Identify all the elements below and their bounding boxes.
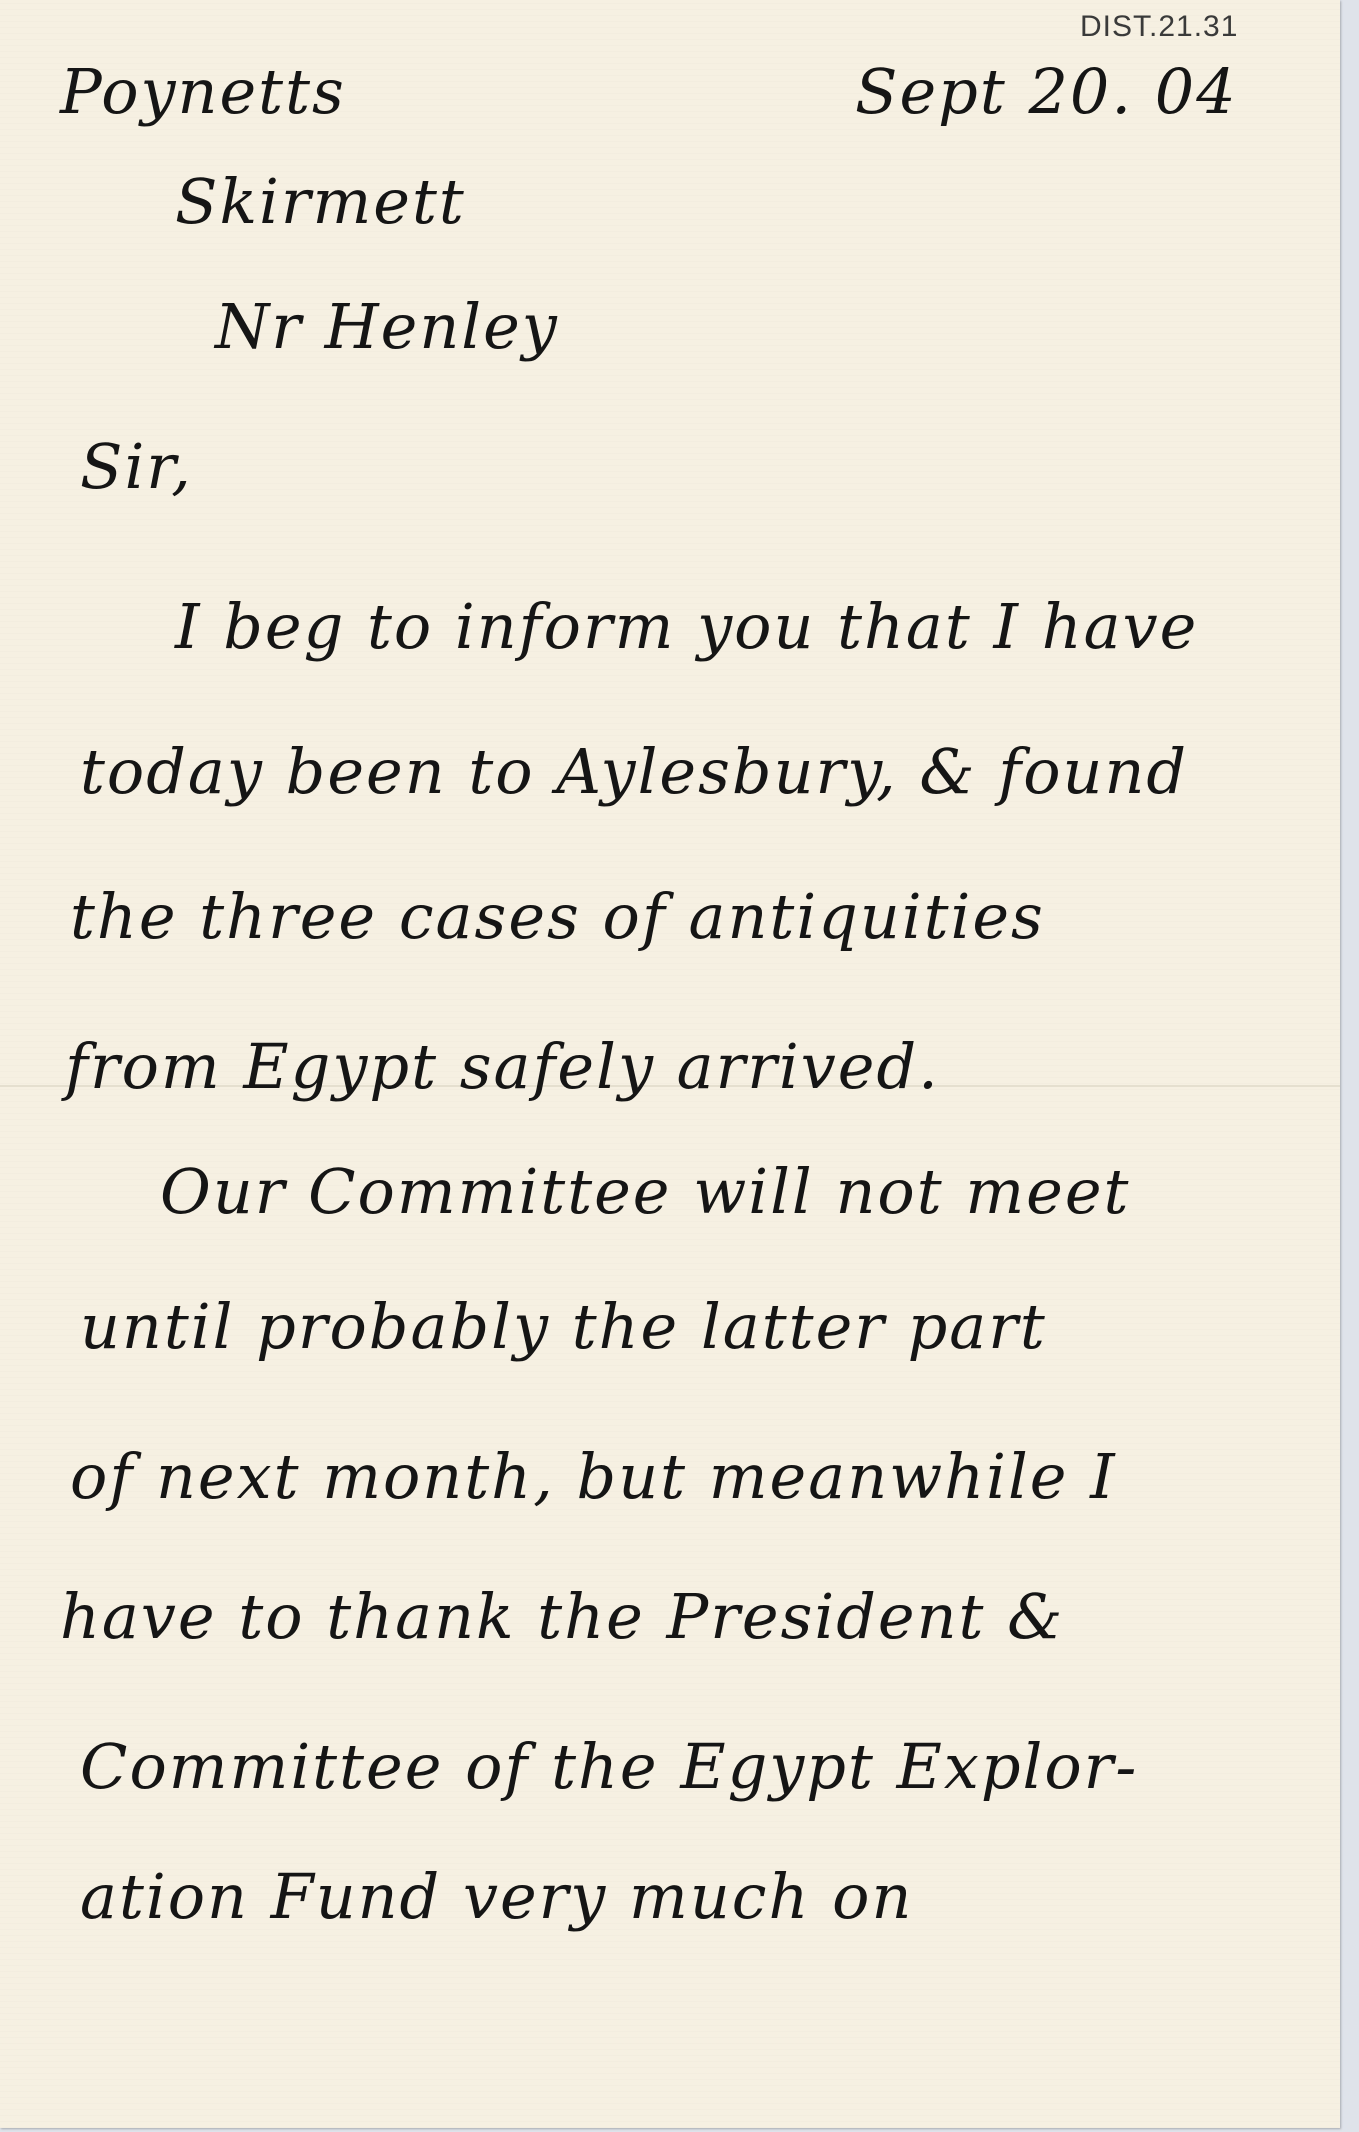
body-line: Committee of the Egypt Explor- (80, 1730, 1138, 1803)
body-line: the three cases of antiquities (70, 880, 1045, 953)
body-line: Our Committee will not meet (160, 1155, 1130, 1228)
address-line-3: Nr Henley (215, 290, 559, 363)
address-line-2: Skirmett (175, 165, 466, 238)
salutation: Sir, (80, 430, 193, 503)
body-line: ation Fund very much on (80, 1860, 913, 1933)
letter-page: DIST.21.31 Poynetts Skirmett Nr Henley S… (0, 0, 1340, 2128)
body-line: have to thank the President & (60, 1580, 1064, 1653)
body-line: of next month, but meanwhile I (70, 1440, 1117, 1513)
archive-reference: DIST.21.31 (1080, 10, 1238, 44)
address-line-1: Poynetts (60, 55, 346, 128)
body-line: until probably the latter part (80, 1290, 1047, 1363)
body-line: from Egypt safely arrived. (65, 1030, 940, 1103)
body-line: I beg to inform you that I have (175, 590, 1198, 663)
letter-date: Sept 20. 04 (855, 55, 1238, 128)
body-line: today been to Aylesbury, & found (80, 735, 1188, 808)
